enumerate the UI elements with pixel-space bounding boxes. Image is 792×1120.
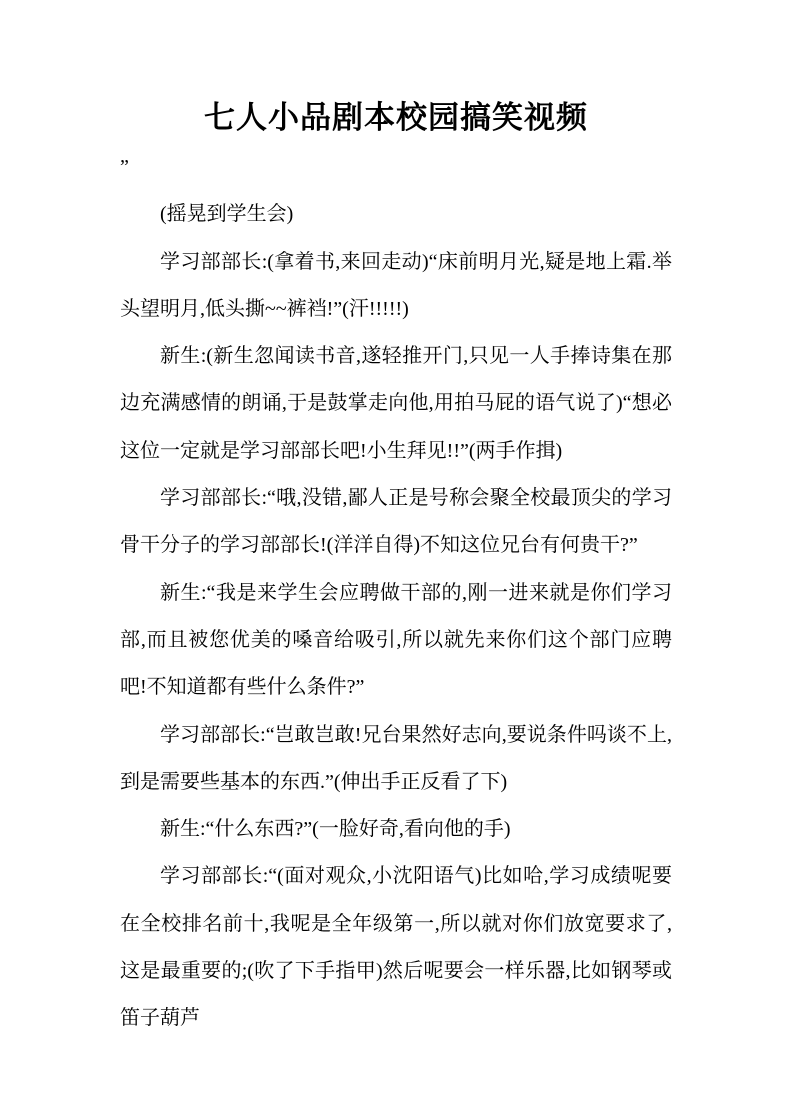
paragraph: (摇晃到学生会) (120, 191, 672, 238)
document-page: 七人小品剧本校园搞笑视频 ”(摇晃到学生会)学习部部长:(拿着书,来回走动)“床… (0, 0, 792, 1120)
paragraph: ” (120, 144, 672, 191)
document-title: 七人小品剧本校园搞笑视频 (120, 97, 672, 138)
paragraph: 新生:(新生忽闻读书音,遂轻推开门,只见一人手捧诗集在那边充满感情的朗诵,于是鼓… (120, 333, 672, 475)
paragraph: 学习部部长:“(面对观众,小沈阳语气)比如哈,学习成绩呢要在全校排名前十,我呢是… (120, 853, 672, 1042)
paragraph: 新生:“我是来学生会应聘做干部的,刚一进来就是你们学习部,而且被您优美的嗓音给吸… (120, 570, 672, 712)
paragraph: 学习部部长:“岂敢岂敢!兄台果然好志向,要说条件吗谈不上,到是需要些基本的东西.… (120, 712, 672, 807)
paragraph: 新生:“什么东西?”(一脸好奇,看向他的手) (120, 806, 672, 853)
paragraph: 学习部部长:“哦,没错,鄙人正是号称会聚全校最顶尖的学习骨干分子的学习部部长!(… (120, 475, 672, 570)
paragraph: 学习部部长:(拿着书,来回走动)“床前明月光,疑是地上霜.举头望明月,低头撕~~… (120, 239, 672, 334)
document-body: ”(摇晃到学生会)学习部部长:(拿着书,来回走动)“床前明月光,疑是地上霜.举头… (120, 144, 672, 1043)
